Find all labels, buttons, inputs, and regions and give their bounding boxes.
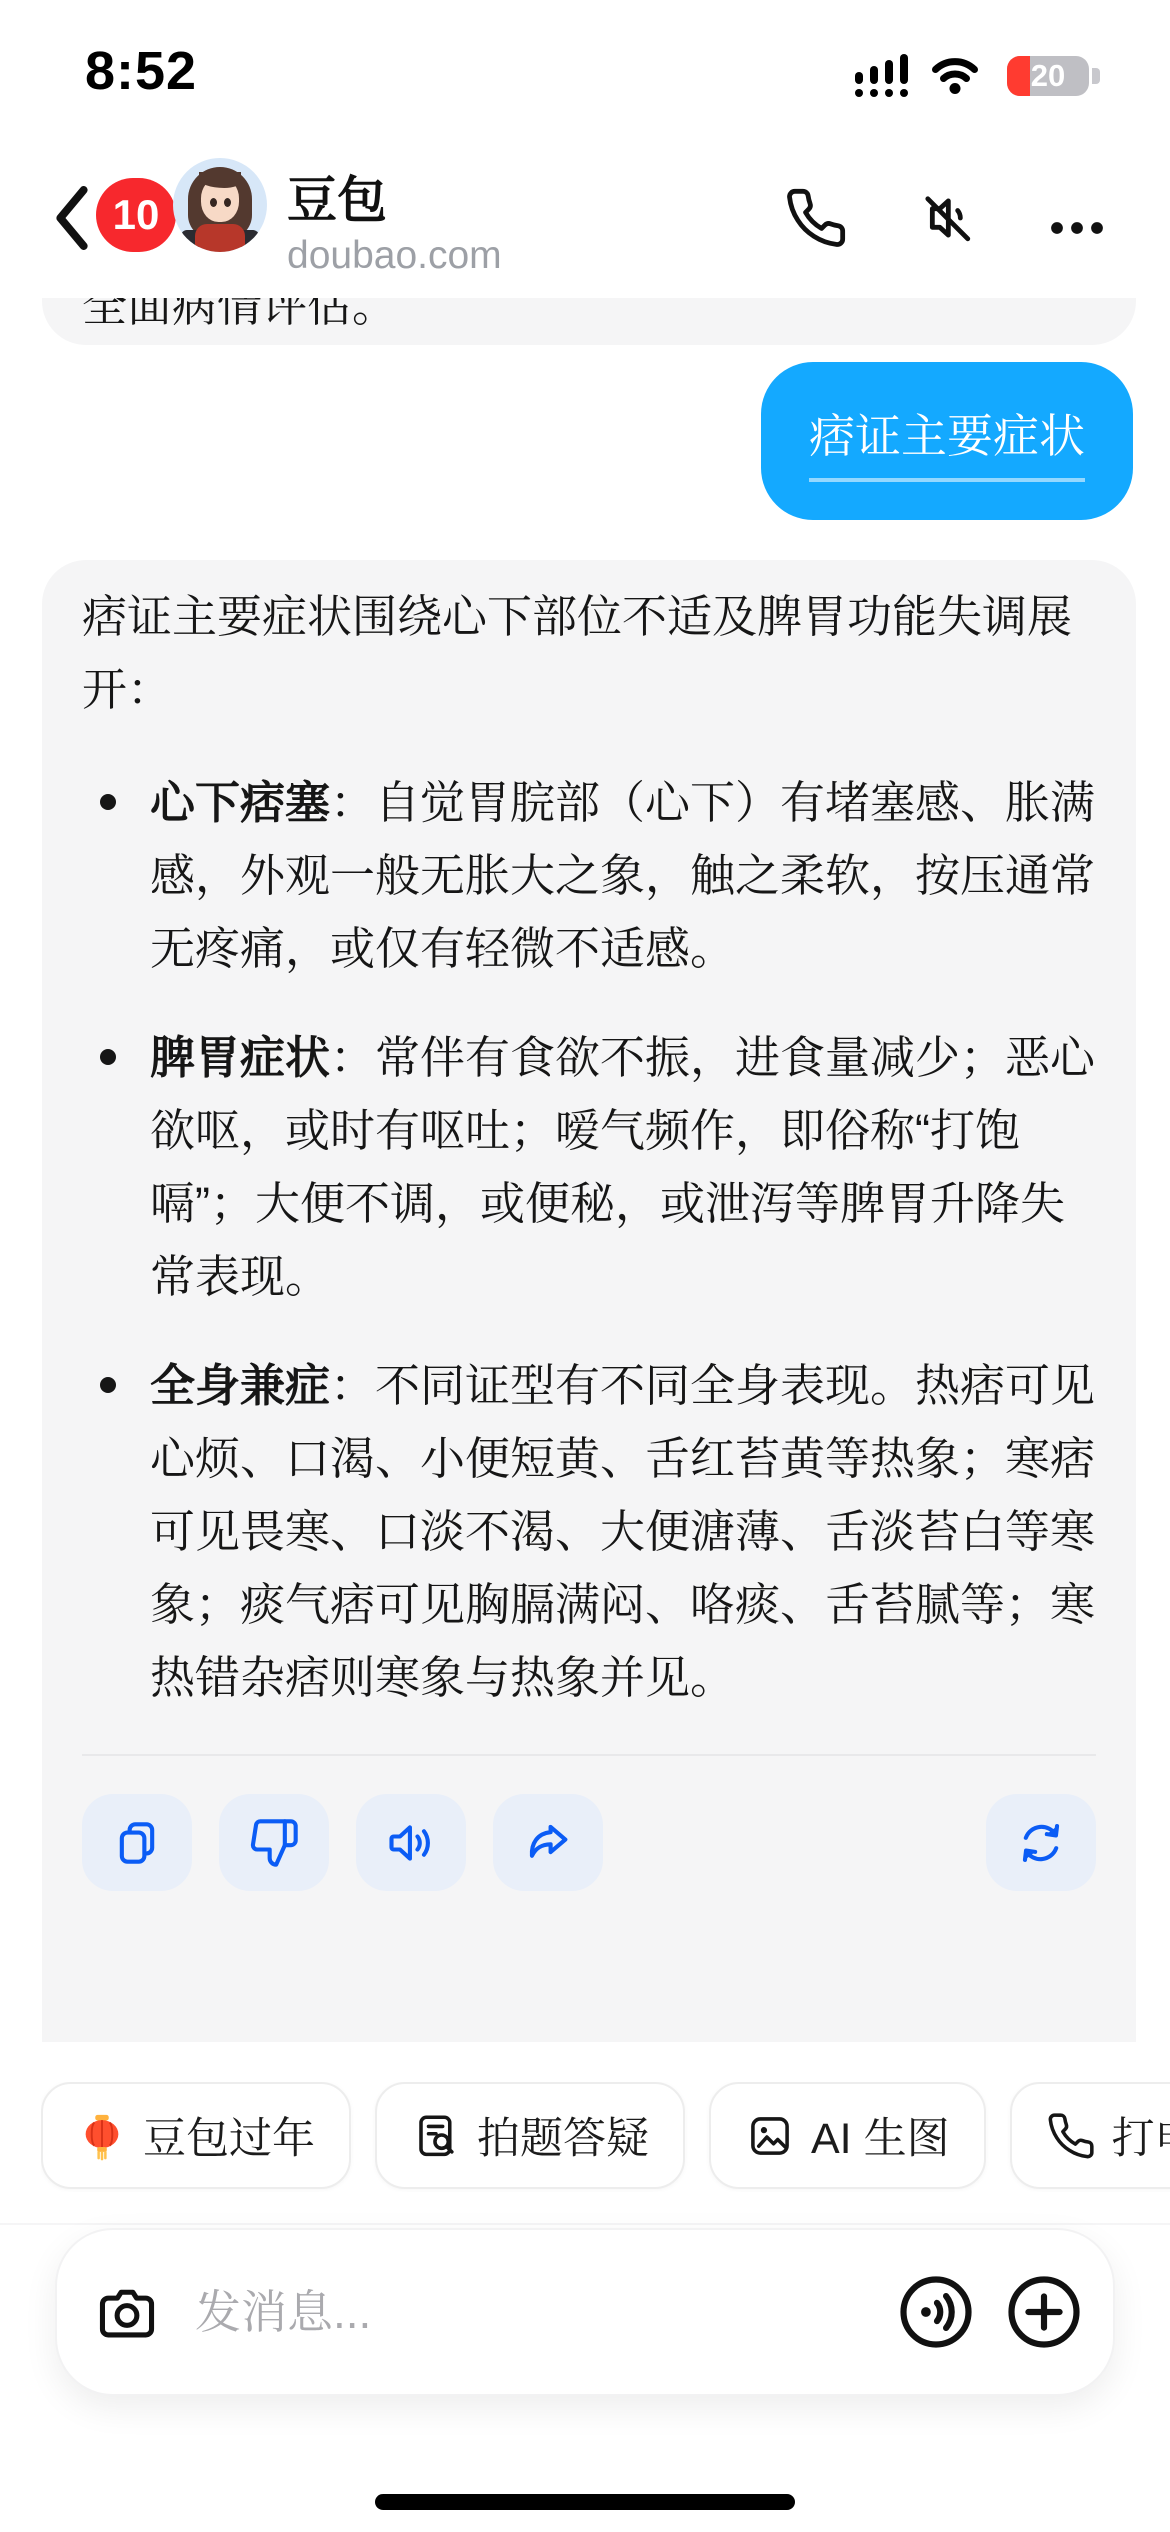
- doubao-chat-screen: 全面病情评估。 痞证主要症状 痞证主要症状围绕心下部位不适及脾胃功能失调展开： …: [0, 0, 1170, 2532]
- copy-icon: [111, 1817, 163, 1869]
- divider: [0, 2223, 1170, 2225]
- user-message-text: 痞证主要症状: [809, 400, 1085, 482]
- camera-icon: [95, 2280, 159, 2344]
- thumbs-down-icon: [248, 1817, 300, 1869]
- shortcut-phone-call[interactable]: 打电话: [1010, 2082, 1170, 2189]
- camera-button[interactable]: [95, 2280, 159, 2344]
- divider: [82, 1754, 1096, 1756]
- shortcut-ai-image[interactable]: AI 生图: [709, 2082, 986, 2189]
- mute-toggle-button[interactable]: [915, 186, 979, 250]
- share-icon: [522, 1817, 574, 1869]
- list-item: 全身兼症：不同证型有不同全身表现。热痞可见心烦、口渴、小便短黄、舌红苔黄等热象；…: [82, 1349, 1096, 1714]
- copy-button[interactable]: [82, 1794, 192, 1891]
- message-composer[interactable]: [55, 2228, 1115, 2396]
- status-time: 8:52: [85, 40, 197, 102]
- battery-cap: [1092, 68, 1100, 84]
- user-message-bubble: 痞证主要症状: [761, 362, 1133, 520]
- shortcut-chips-row[interactable]: 豆包过年 拍题答疑 AI 生图: [41, 2082, 1170, 2192]
- phone-call-icon: [1046, 2111, 1096, 2161]
- avatar[interactable]: [173, 158, 267, 252]
- shortcut-photo-question[interactable]: 拍题答疑: [375, 2082, 685, 2189]
- plus-icon: [1005, 2273, 1083, 2351]
- battery-indicator: 20: [1007, 56, 1089, 96]
- read-aloud-button[interactable]: [356, 1794, 466, 1891]
- share-button[interactable]: [493, 1794, 603, 1891]
- list-item: 心下痞塞：自觉胃脘部（心下）有堵塞感、胀满感，外观一般无胀大之象，触之柔软，按压…: [82, 766, 1096, 985]
- voice-wave-icon: [897, 2273, 975, 2351]
- home-indicator[interactable]: [375, 2494, 795, 2510]
- chat-subtitle: doubao.com: [287, 234, 502, 278]
- cellular-signal-icon: [853, 52, 913, 98]
- muted-speaker-icon: [915, 186, 979, 250]
- chevron-left-icon: [44, 180, 100, 256]
- read-aloud-icon: [385, 1817, 437, 1869]
- list-item: 脾胃症状：常伴有食欲不振，进食量减少；恶心欲呕，或时有呕吐；嗳气频作，即俗称“打…: [82, 1021, 1096, 1313]
- regenerate-button[interactable]: [986, 1794, 1096, 1891]
- thumbs-down-button[interactable]: [219, 1794, 329, 1891]
- add-attachment-button[interactable]: [1005, 2273, 1083, 2351]
- assistant-intro-text: 痞证主要症状围绕心下部位不适及脾胃功能失调展开：: [82, 580, 1096, 726]
- bottom-panel: 豆包过年 拍题答疑 AI 生图: [0, 2042, 1170, 2532]
- chat-title: 豆包: [287, 160, 387, 232]
- voice-mode-button[interactable]: [897, 2273, 975, 2351]
- header: 8:52 20 10: [0, 0, 1170, 298]
- message-input[interactable]: [193, 2284, 867, 2340]
- lantern-icon: [77, 2111, 127, 2161]
- message-actions-row: [82, 1794, 1096, 1891]
- assistant-message-bubble: 痞证主要症状围绕心下部位不适及脾胃功能失调展开： 心下痞塞：自觉胃脘部（心下）有…: [42, 560, 1136, 2120]
- shortcut-doubao-newyear[interactable]: 豆包过年: [41, 2082, 351, 2189]
- wifi-icon: [930, 54, 980, 96]
- regenerate-icon: [1015, 1817, 1067, 1869]
- unread-count-badge: 10: [96, 178, 176, 252]
- more-options-button[interactable]: [1045, 196, 1109, 260]
- battery-percent: 20: [1007, 56, 1089, 96]
- image-generate-icon: [745, 2111, 795, 2161]
- photo-question-icon: [411, 2111, 461, 2161]
- voice-call-button[interactable]: [784, 186, 848, 250]
- ellipsis-icon: [1045, 196, 1109, 260]
- phone-icon: [784, 186, 848, 250]
- symptom-list: 心下痞塞：自觉胃脘部（心下）有堵塞感、胀满感，外观一般无胀大之象，触之柔软，按压…: [82, 766, 1096, 1714]
